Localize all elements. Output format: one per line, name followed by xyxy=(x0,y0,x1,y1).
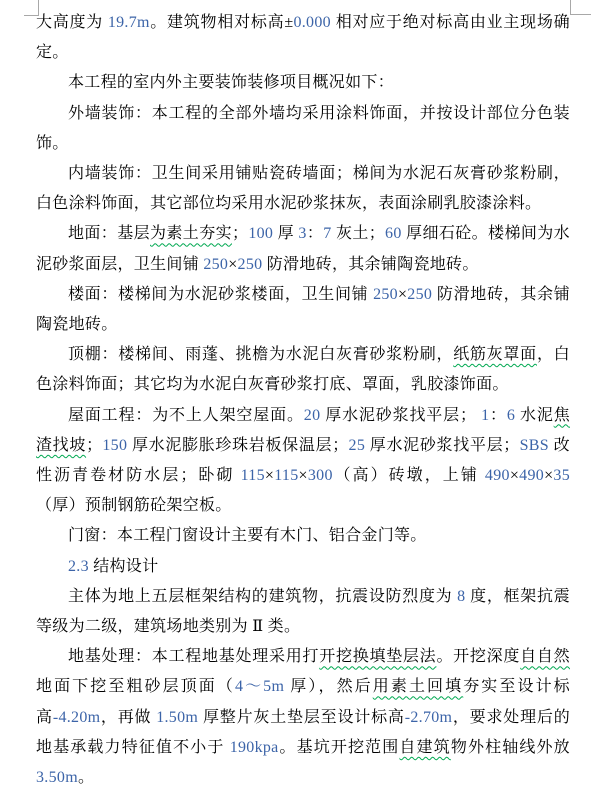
latin-text-run: 490 xyxy=(519,467,544,484)
text-run: 厚 xyxy=(273,225,298,242)
paragraph: 大高度为 19.7m。建筑物相对标高±0.000 相对应于绝对标高由业主现场确定… xyxy=(36,8,570,68)
text-run: ： xyxy=(307,225,324,242)
text-run: ，再做 xyxy=(100,709,156,726)
latin-text-run: 250 xyxy=(203,256,228,273)
text-run: （厚）预制钢筋砼架空板。 xyxy=(36,497,232,514)
text-run: 厚水泥砂浆找平层； xyxy=(320,407,481,424)
text-run: ； xyxy=(232,225,248,242)
paragraph: 顶棚：楼梯间、雨蓬、挑檐为水泥白灰膏砂浆粉刷，纸筋灰罩面，白色涂料饰面；其它均为… xyxy=(36,340,570,400)
text-run: 本工程的室内外主要装饰装修项目概况如下： xyxy=(68,74,394,91)
latin-text-run: -2.70m xyxy=(405,709,453,726)
latin-text-run: 19.7m xyxy=(108,14,150,31)
text-run: × xyxy=(544,467,553,484)
text-run: 物外柱轴线外放 xyxy=(451,739,570,756)
text-run: 厚），然后 xyxy=(284,678,373,695)
paragraph: 楼面：楼梯间为水泥砂浆楼面，卫生间铺 250×250 防滑地砖，其余铺陶瓷地砖。 xyxy=(36,280,570,340)
text-run: 厚整片灰土垫层至设计标高 xyxy=(198,709,405,726)
text-run: 楼面：楼梯间为水泥砂浆楼面，卫生间铺 xyxy=(68,286,373,303)
latin-text-run: 60 xyxy=(385,225,402,242)
text-run: 。开挖深度 xyxy=(436,648,520,665)
text-run: 顶棚：楼梯间、雨蓬、挑檐为水泥白灰膏砂浆粉刷， xyxy=(68,346,453,363)
latin-text-run: 190kpa xyxy=(230,739,279,756)
latin-text-run: 6 xyxy=(507,407,515,424)
spellcheck-text-run: 自建筑 xyxy=(399,739,450,756)
document-content: 大高度为 19.7m。建筑物相对标高±0.000 相对应于绝对标高由业主现场确定… xyxy=(36,8,570,793)
text-run: × xyxy=(265,467,274,484)
text-run: 。基坑开挖范围 xyxy=(279,739,400,756)
latin-text-run: 100 xyxy=(248,225,273,242)
text-run: 内墙装饰：卫生间采用铺贴瓷砖墙面；梯间为水泥石灰膏砂浆粉刷，白色涂料饰面，其它部… xyxy=(36,165,570,212)
latin-text-run: -4.20m xyxy=(53,709,101,726)
latin-text-run: 115 xyxy=(274,467,298,484)
crop-mark-top-right xyxy=(570,0,591,15)
text-run: ； xyxy=(86,437,102,454)
text-run: 屋面工程：为不上人架空屋面。 xyxy=(68,407,304,424)
text-run: 。 xyxy=(78,769,94,786)
text-run: （高）砖墩，上铺 xyxy=(333,467,485,484)
text-run: 厚水泥膨胀珍珠岩板保温层； xyxy=(127,437,348,454)
text-run: 门窗：本工程门窗设计主要有木门、铝合金门等。 xyxy=(68,527,427,544)
text-run: 主体为地上五层框架结构的建筑物，抗震设防烈度为 xyxy=(68,588,457,605)
latin-text-run: 2.3 xyxy=(68,558,89,575)
latin-text-run: 25 xyxy=(349,437,366,454)
latin-text-run: SBS xyxy=(520,437,549,454)
latin-text-run: 115 xyxy=(241,467,265,484)
latin-text-run: 1.50m xyxy=(156,709,198,726)
spellcheck-text-run: 为素土夯实 xyxy=(150,225,232,242)
document-page: 大高度为 19.7m。建筑物相对标高±0.000 相对应于绝对标高由业主现场确定… xyxy=(0,0,605,801)
latin-text-run: 490 xyxy=(485,467,510,484)
latin-text-run: 4～5m xyxy=(235,678,284,695)
paragraph: 内墙装饰：卫生间采用铺贴瓷砖墙面；梯间为水泥石灰膏砂浆粉刷，白色涂料饰面，其它部… xyxy=(36,159,570,219)
text-run: 结构设计 xyxy=(89,558,159,575)
latin-text-run: 7 xyxy=(323,225,331,242)
spellcheck-text-run: 自自然 xyxy=(520,648,570,665)
spellcheck-text-run: 开挖换填垫层法 xyxy=(319,648,436,665)
paragraph: 地基处理：本工程地基处理采用打开挖换填垫层法。开挖深度自自然地面下挖至粗砂层顶面… xyxy=(36,642,570,793)
text-run: 厚水泥砂浆找平层； xyxy=(365,437,519,454)
latin-text-run: 3 xyxy=(298,225,306,242)
paragraph: 地面：基层为素土夯实；100 厚 3：7 灰土；60 厚细石砼。楼梯间为水泥砂浆… xyxy=(36,219,570,279)
latin-text-run: 250 xyxy=(407,286,432,303)
latin-text-run: 20 xyxy=(304,407,321,424)
text-run: 外墙装饰：本工程的全部外墙均采用涂料饰面，并按设计部位分色装饰。 xyxy=(36,105,570,152)
text-run: ： xyxy=(489,407,506,424)
text-run: 水泥 xyxy=(515,407,554,424)
text-run: × xyxy=(299,467,308,484)
paragraph: 2.3 结构设计 xyxy=(36,552,570,582)
latin-text-run: 35 xyxy=(553,467,570,484)
latin-text-run: 300 xyxy=(308,467,333,484)
text-run: 地面下挖至粗砂层顶面（ xyxy=(36,678,235,695)
text-run: 。建筑物相对标高± xyxy=(150,14,294,31)
paragraph: 主体为地上五层框架结构的建筑物，抗震设防烈度为 8 度，框架抗震等级为二级，建筑… xyxy=(36,582,570,642)
text-run: × xyxy=(398,286,407,303)
paragraph: 门窗：本工程门窗设计主要有木门、铝合金门等。 xyxy=(36,521,570,551)
latin-text-run: 0.000 xyxy=(293,14,331,31)
text-run: 灰土； xyxy=(332,225,386,242)
text-run: 地面：基层 xyxy=(68,225,150,242)
paragraph: 外墙装饰：本工程的全部外墙均采用涂料饰面，并按设计部位分色装饰。 xyxy=(36,99,570,159)
latin-text-run: 150 xyxy=(102,437,127,454)
text-run: 地基处理：本工程地基处理采用打 xyxy=(68,648,319,665)
latin-text-run: 250 xyxy=(373,286,398,303)
text-run: 防滑地砖，其余铺陶瓷地砖。 xyxy=(262,256,478,273)
text-run: 大高度为 xyxy=(36,14,108,31)
spellcheck-text-run: 用素土回填 xyxy=(373,678,463,695)
latin-text-run: 250 xyxy=(238,256,263,273)
text-run: × xyxy=(228,256,237,273)
spellcheck-text-run: 纸筋灰罩面 xyxy=(453,346,537,363)
paragraph: 屋面工程：为不上人架空屋面。20 厚水泥砂浆找平层； 1：6 水泥焦渣找坡；15… xyxy=(36,401,570,522)
paragraph: 本工程的室内外主要装饰装修项目概况如下： xyxy=(36,68,570,98)
text-run: × xyxy=(510,467,519,484)
latin-text-run: 3.50m xyxy=(36,769,78,786)
